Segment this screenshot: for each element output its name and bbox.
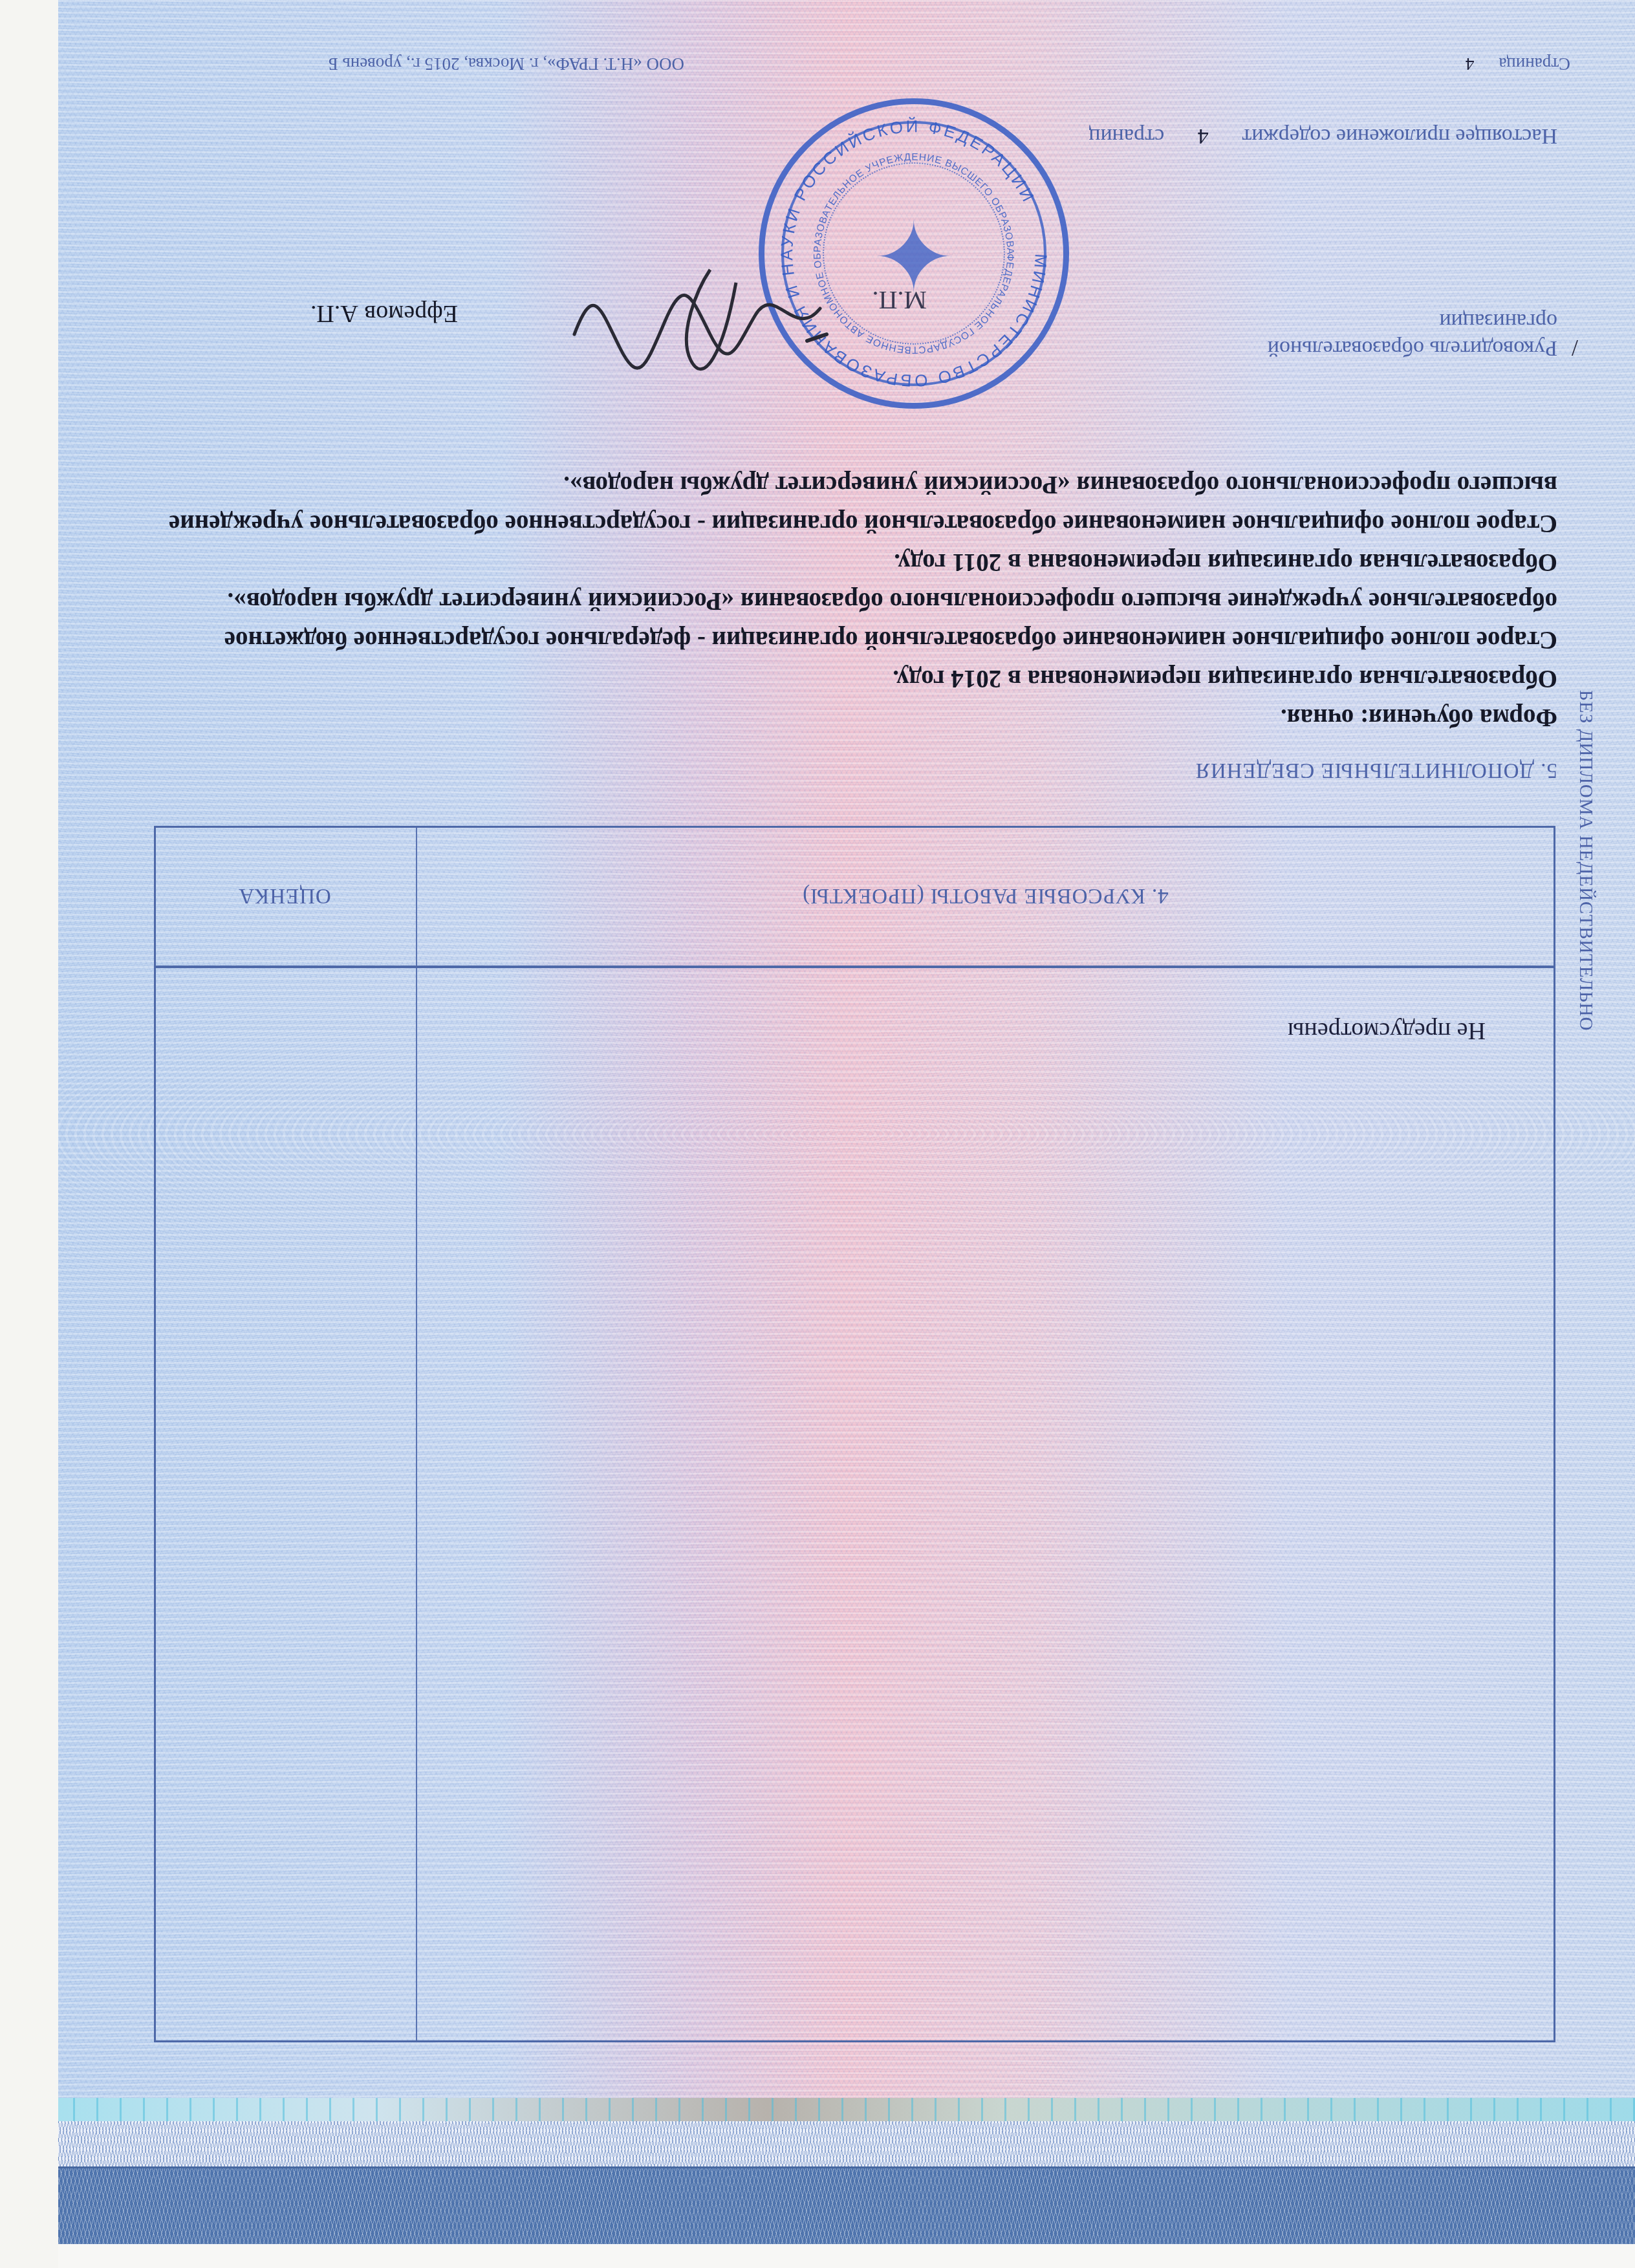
pages-prefix: Настоящее приложение содержит [1242, 124, 1557, 148]
pages-count: 4 [1164, 124, 1242, 148]
document-sheet: Страница4 ООО «Н.Т. ГРАФ», г. Москва, 20… [0, 0, 1635, 2268]
security-paper: Страница4 ООО «Н.Т. ГРАФ», г. Москва, 20… [58, 0, 1635, 2268]
band-dark [58, 2168, 1635, 2244]
band-cyan [58, 2098, 1635, 2121]
signature [561, 257, 833, 412]
head-title-line1: Руководитель образовательной [1268, 334, 1557, 362]
page-label: Страница [1499, 54, 1570, 74]
section-5-title: 5. ДОПОЛНИТЕЛЬНЫЕ СВЕДЕНИЯ [1195, 758, 1557, 782]
coursework-header: 4. КУРСОВЫЕ РАБОТЫ (ПРОЕКТЫ) [417, 883, 1554, 907]
scan-margin [0, 0, 58, 2268]
page-number: 4 [1466, 54, 1475, 74]
coursework-table: 4. КУРСОВЫЕ РАБОТЫ (ПРОЕКТЫ)ОЦЕНКАНе пре… [154, 826, 1555, 2042]
signature-slash: / [1572, 334, 1578, 362]
table-row: Не предусмотрены [1288, 1017, 1486, 1045]
old-name-2014: Старое полное официальное наименование о… [154, 581, 1557, 659]
old-name-2011: Старое полное официальное наименование о… [154, 465, 1557, 543]
paper-edge [58, 2244, 1635, 2268]
renamed-2011: Образовательная организация переименован… [154, 543, 1557, 581]
additional-info-text: Форма обучения: очная. Образовательная о… [154, 465, 1557, 737]
pages-suffix: страниц [1088, 124, 1164, 148]
footer-page-number: Страница4 [1466, 54, 1570, 74]
head-title-line2: организации [1268, 307, 1557, 334]
band-light [58, 2119, 1635, 2168]
stamp-place-label: М.П. [872, 285, 927, 316]
guilloche-border-band [58, 2103, 1635, 2244]
column-divider [416, 828, 417, 2040]
validity-note: БЕЗ ДИПЛОМА НЕДЕЙСТВИТЕЛЬНО [1575, 690, 1596, 1123]
grade-header: ОЦЕНКА [152, 883, 417, 907]
pages-statement: Настоящее приложение содержит4страниц [1088, 124, 1557, 148]
header-divider [156, 966, 1554, 968]
study-form: Форма обучения: очная. [154, 698, 1557, 737]
head-name: Ефремов А.П. [310, 299, 458, 328]
head-title: Руководитель образовательной организации [1268, 307, 1557, 362]
renamed-2014: Образовательная организация переименован… [154, 659, 1557, 698]
printer-imprint: ООО «Н.Т. ГРАФ», г. Москва, 2015 г., уро… [328, 54, 684, 74]
